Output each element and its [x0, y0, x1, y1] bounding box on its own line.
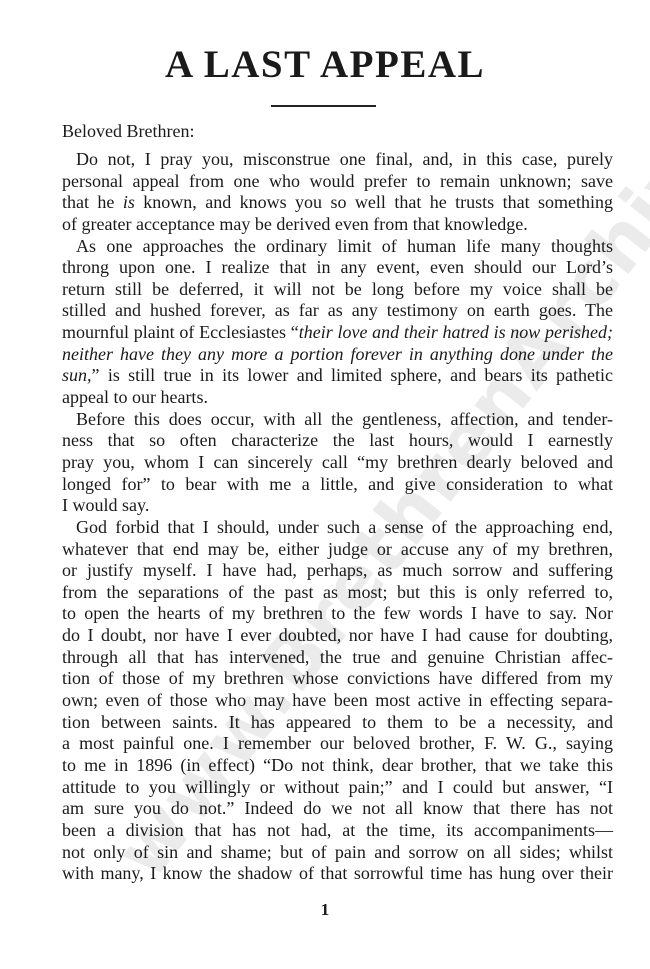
text-line: whatever that end may be, either judge o… — [62, 539, 613, 561]
text-line: mournful plaint of Ecclesiastes “their l… — [62, 322, 613, 344]
text-line: neither have they any more a portion for… — [62, 344, 613, 366]
text-line: been a division that has not had, at the… — [62, 820, 613, 842]
text-line: sun,” is still true in its lower and lim… — [62, 365, 613, 387]
page-title: A LAST APPEAL — [0, 42, 650, 87]
salutation: Beloved Brethren: — [62, 121, 194, 142]
text-line: through all that has intervened, the tru… — [62, 647, 613, 669]
text-line: not only of sin and shame; but of pain a… — [62, 842, 613, 864]
text-line: Do not, I pray you, misconstrue one fina… — [62, 149, 613, 171]
page-number: 1 — [0, 900, 650, 920]
text-line: to open the hearts of my brethren to the… — [62, 603, 613, 625]
text-line: ness that so often characterize the last… — [62, 430, 613, 452]
body-text: Do not, I pray you, misconstrue one fina… — [62, 149, 613, 885]
text-line: a most painful one. I remember our belov… — [62, 733, 613, 755]
text-line: tion between saints. It has appeared to … — [62, 712, 613, 734]
text-line: to me in 1896 (in effect) “Do not think,… — [62, 755, 613, 777]
text-line: or justify myself. I have had, perhaps, … — [62, 560, 613, 582]
text-line: attitude to you willingly or without pai… — [62, 777, 613, 799]
text-line: that he is known, and knows you so well … — [62, 192, 613, 214]
document-page: www.BrethrenArchive.org A LAST APPEAL Be… — [0, 0, 650, 969]
text-line: Before this does occur, with all the gen… — [62, 409, 613, 431]
title-divider — [271, 105, 376, 107]
text-line: God forbid that I should, under such a s… — [62, 517, 613, 539]
text-line: pray you, whom I can sincerely call “my … — [62, 452, 613, 474]
italic-text: neither have they any more a portion for… — [62, 344, 613, 364]
text-line: stilled and hushed forever, as far as an… — [62, 300, 613, 322]
text-line: I would say. — [62, 495, 613, 517]
text-line: appeal to our hearts. — [62, 387, 613, 409]
text-line: own; even of those who may have been mos… — [62, 690, 613, 712]
text-line: return still be deferred, it will not be… — [62, 279, 613, 301]
text-line: with many, I know the shadow of that sor… — [62, 863, 613, 885]
text-line: As one approaches the ordinary limit of … — [62, 236, 613, 258]
text-line: of greater acceptance may be derived eve… — [62, 214, 613, 236]
italic-text: is — [123, 192, 135, 212]
text-line: am sure you do not.” Indeed do we not al… — [62, 798, 613, 820]
text-line: throng upon one. I realize that in any e… — [62, 257, 613, 279]
text-line: tion of those of my brethren whose convi… — [62, 668, 613, 690]
italic-text: sun, — [62, 365, 92, 385]
text-line: do I doubt, nor have I ever doubted, nor… — [62, 625, 613, 647]
text-line: longed for” to bear with me a little, an… — [62, 474, 613, 496]
italic-text: their love and their hatred is now peris… — [299, 322, 613, 342]
text-line: from the separations of the past as most… — [62, 582, 613, 604]
text-line: personal appeal from one who would prefe… — [62, 171, 613, 193]
